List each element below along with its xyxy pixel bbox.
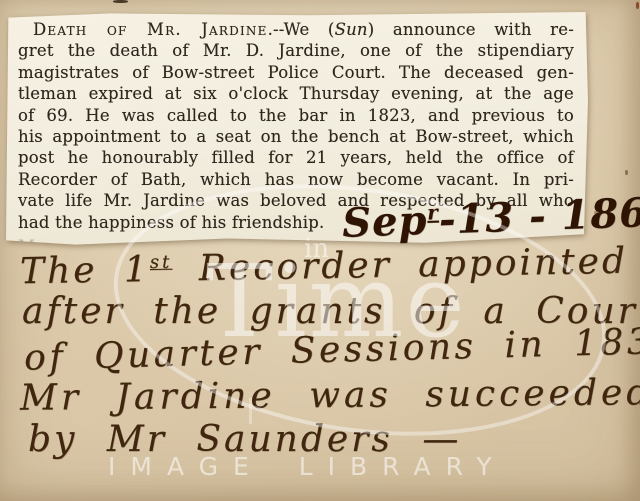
paper-speck bbox=[636, 2, 639, 9]
scanned-scrapbook-page: Death of Mr. Jardine.--We (Sun) announce… bbox=[0, 0, 640, 501]
handwritten-note-line: by Mr Saunders — bbox=[28, 419, 461, 460]
clipping-text-line: gret the death of Mr. D. Jardine, one of… bbox=[18, 40, 574, 61]
clipping-text-line: of 69. He was called to the bar in 1823,… bbox=[18, 105, 574, 126]
clipping-headline: Death of Mr. Jardine bbox=[33, 20, 268, 39]
handwritten-date-rest: -13 - 1860 bbox=[438, 188, 640, 243]
paper-speck bbox=[625, 170, 628, 175]
handwritten-date-superscript: r bbox=[427, 200, 439, 224]
handwritten-line1-superscript: st bbox=[150, 252, 173, 273]
clipping-headline-separator: .--We ( bbox=[268, 20, 335, 39]
handwritten-line1-rest: Recorder appointed bbox=[172, 241, 628, 290]
clipping-text-line: Death of Mr. Jardine.--We (Sun) announce… bbox=[18, 19, 574, 40]
clipping-line1-rest: ) announce with re- bbox=[368, 20, 574, 39]
handwritten-line1-pre: The 1 bbox=[20, 249, 151, 292]
clipping-text-line: Recorder of Bath, which has now become v… bbox=[18, 169, 574, 190]
handwritten-date-month: Sep bbox=[341, 197, 428, 247]
clipping-text-line: tleman expired at six o'clock Thursday e… bbox=[18, 83, 574, 104]
clipping-text-line: post he honourably filled for 21 years, … bbox=[18, 147, 574, 168]
clipping-text-line: magistrates of Bow-street Police Court. … bbox=[18, 62, 574, 83]
clipping-source-name: Sun bbox=[335, 20, 368, 39]
handwritten-note-line: The 1st Recorder appointed bbox=[20, 241, 629, 293]
paper-speck bbox=[113, 0, 128, 3]
clipping-text-line: his appointment to a seat on the bench a… bbox=[18, 126, 574, 147]
handwritten-note-line: Mr Jardine was succeeded bbox=[20, 372, 640, 419]
